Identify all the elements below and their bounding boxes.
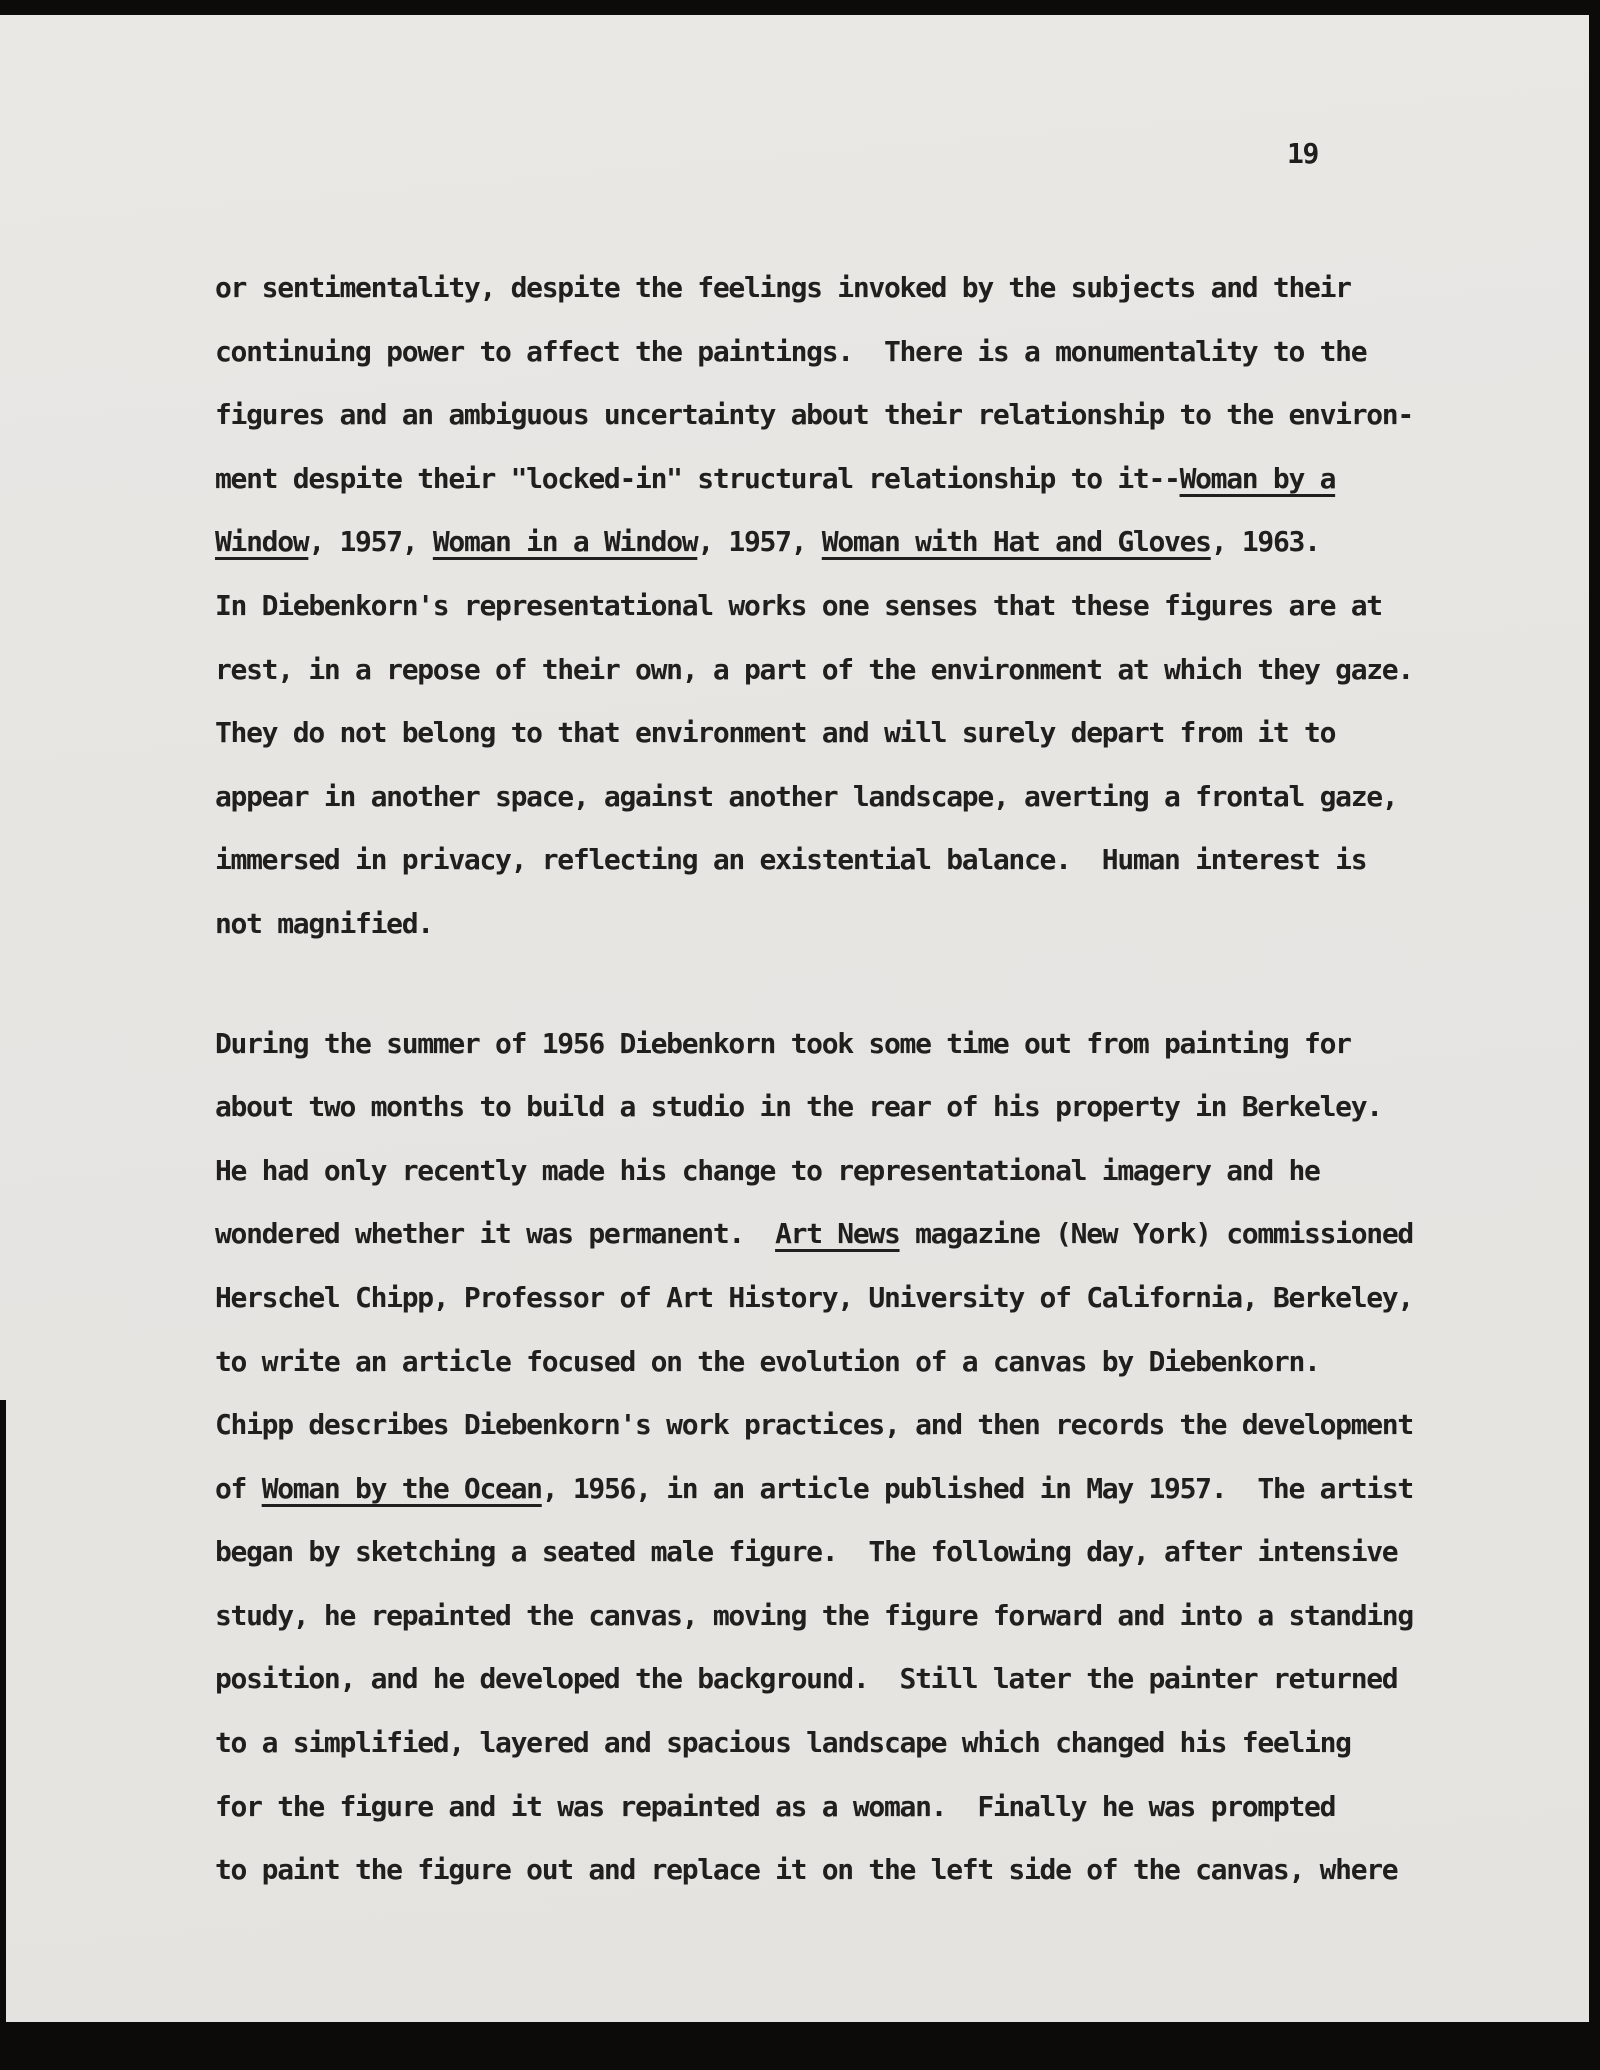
page-number: 19 (1287, 137, 1318, 170)
text-run: of (215, 1472, 262, 1505)
text-run: about two months to build a studio in th… (215, 1090, 1382, 1123)
text-run: , 1957, (308, 525, 432, 558)
paper-sheet: 19 or sentimentality, despite the feelin… (0, 15, 1589, 2022)
underlined-title: Woman by a (1180, 462, 1336, 495)
text-line: not magnified. (215, 892, 1475, 956)
text-run: During the summer of 1956 Diebenkorn too… (215, 1027, 1351, 1060)
text-run: , 1956, in an article published in May 1… (542, 1472, 1413, 1505)
text-line: He had only recently made his change to … (215, 1139, 1475, 1203)
text-run: continuing power to affect the paintings… (215, 335, 1366, 368)
text-run: Chipp describes Diebenkorn's work practi… (215, 1408, 1413, 1441)
text-run: for the figure and it was repainted as a… (215, 1790, 1335, 1823)
text-run: immersed in privacy, reflecting an exist… (215, 843, 1366, 876)
text-run: figures and an ambiguous uncertainty abo… (215, 398, 1413, 431)
text-run: study, he repainted the canvas, moving t… (215, 1599, 1413, 1632)
paragraph: During the summer of 1956 Diebenkorn too… (215, 1012, 1475, 1902)
text-run: , 1963. (1211, 525, 1320, 558)
text-line: Window, 1957, Woman in a Window, 1957, W… (215, 510, 1475, 574)
text-run: to write an article focused on the evolu… (215, 1345, 1320, 1378)
text-line: rest, in a repose of their own, a part o… (215, 638, 1475, 702)
text-run: to paint the figure out and replace it o… (215, 1853, 1397, 1886)
text-run: to a simplified, layered and spacious la… (215, 1726, 1351, 1759)
text-line: study, he repainted the canvas, moving t… (215, 1584, 1475, 1648)
text-run: appear in another space, against another… (215, 780, 1397, 813)
text-run: They do not belong to that environment a… (215, 716, 1335, 749)
text-line: appear in another space, against another… (215, 765, 1475, 829)
text-line: about two months to build a studio in th… (215, 1075, 1475, 1139)
underlined-title: Woman by the Ocean (262, 1472, 542, 1505)
text-line: for the figure and it was repainted as a… (215, 1775, 1475, 1839)
text-line: position, and he developed the backgroun… (215, 1647, 1475, 1711)
text-run: or sentimentality, despite the feelings … (215, 271, 1351, 304)
text-line: In Diebenkorn's representational works o… (215, 574, 1475, 638)
text-run: magazine (New York) commissioned (900, 1217, 1413, 1250)
text-line: wondered whether it was permanent. Art N… (215, 1202, 1475, 1266)
text-run: position, and he developed the backgroun… (215, 1662, 1397, 1695)
text-line: or sentimentality, despite the feelings … (215, 256, 1475, 320)
underlined-title: Window (215, 525, 308, 558)
text-line: During the summer of 1956 Diebenkorn too… (215, 1012, 1475, 1076)
text-run: not magnified. (215, 907, 433, 940)
text-line: to write an article focused on the evolu… (215, 1330, 1475, 1394)
text-line: They do not belong to that environment a… (215, 701, 1475, 765)
text-line: to paint the figure out and replace it o… (215, 1838, 1475, 1902)
text-run: In Diebenkorn's representational works o… (215, 589, 1382, 622)
document-text: or sentimentality, despite the feelings … (215, 256, 1475, 1902)
text-line: began by sketching a seated male figure.… (215, 1520, 1475, 1584)
text-line: continuing power to affect the paintings… (215, 320, 1475, 384)
text-line: figures and an ambiguous uncertainty abo… (215, 383, 1475, 447)
text-line: to a simplified, layered and spacious la… (215, 1711, 1475, 1775)
text-run: , 1957, (697, 525, 821, 558)
underlined-title: Woman in a Window (433, 525, 697, 558)
text-run: He had only recently made his change to … (215, 1154, 1320, 1187)
scan-edge-left-strip (0, 1400, 6, 2022)
text-line: immersed in privacy, reflecting an exist… (215, 828, 1475, 892)
text-line: Chipp describes Diebenkorn's work practi… (215, 1393, 1475, 1457)
text-run: wondered whether it was permanent. (215, 1217, 775, 1250)
scanned-page: 19 or sentimentality, despite the feelin… (0, 0, 1600, 2070)
text-line: ment despite their "locked-in" structura… (215, 447, 1475, 511)
text-run: ment despite their "locked-in" structura… (215, 462, 1180, 495)
text-run: rest, in a repose of their own, a part o… (215, 653, 1413, 686)
text-line: of Woman by the Ocean, 1956, in an artic… (215, 1457, 1475, 1521)
underlined-title: Woman with Hat and Gloves (822, 525, 1211, 558)
underlined-title: Art News (775, 1217, 899, 1250)
paragraph: or sentimentality, despite the feelings … (215, 256, 1475, 956)
text-run: Herschel Chipp, Professor of Art History… (215, 1281, 1413, 1314)
text-line: Herschel Chipp, Professor of Art History… (215, 1266, 1475, 1330)
text-run: began by sketching a seated male figure.… (215, 1535, 1397, 1568)
